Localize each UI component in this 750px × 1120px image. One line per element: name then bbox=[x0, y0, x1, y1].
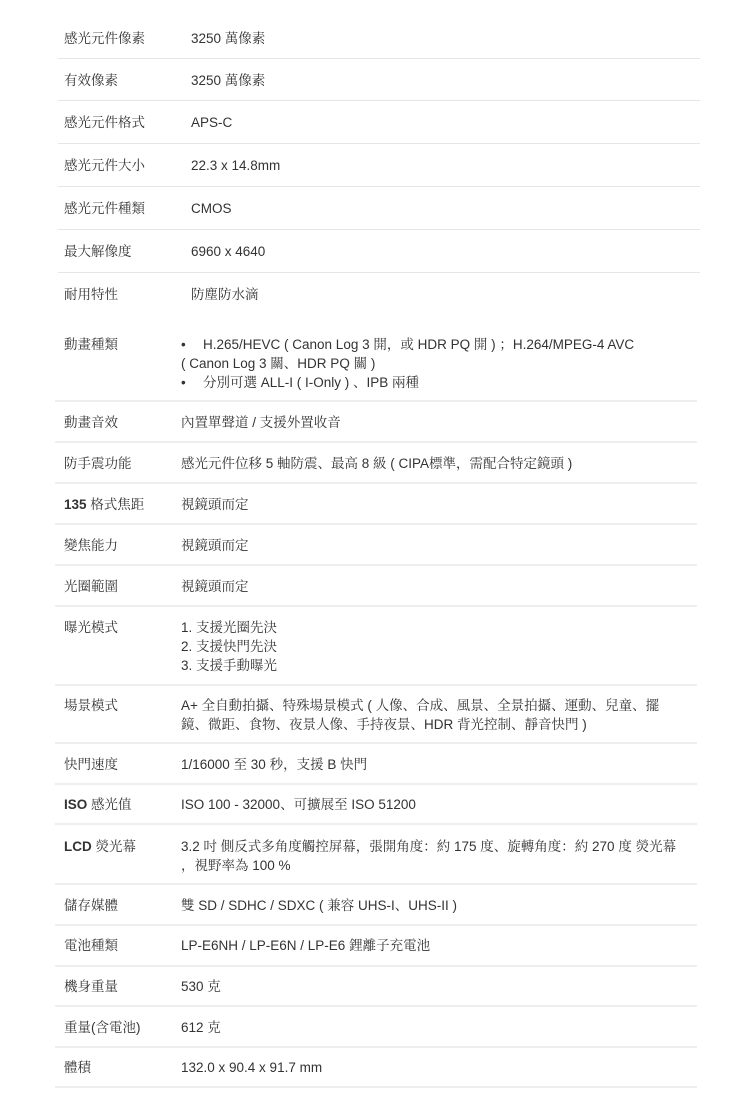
divider bbox=[55, 564, 697, 566]
bullet-text: 分別可選 ALL-I ( I-Only ) 、IPB 兩種 bbox=[203, 375, 419, 390]
bullet-text: H.265/HEVC ( Canon Log 3 開，或 HDR PQ 開 ) … bbox=[203, 337, 634, 352]
bullet-item-continuation: ( Canon Log 3 關、HDR PQ 關 ) bbox=[181, 354, 634, 373]
spec-label-bold: 135 bbox=[64, 497, 87, 512]
spec-value: 內置單聲道 / 支援外置收音 bbox=[181, 413, 341, 432]
spec-value: 22.3 x 14.8mm bbox=[191, 156, 280, 175]
spec-value: 530 克 bbox=[181, 977, 221, 996]
divider bbox=[55, 783, 697, 785]
spec-label-rest: 熒光幕 bbox=[92, 839, 136, 854]
bullet-item: •分別可選 ALL-I ( I-Only ) 、IPB 兩種 bbox=[181, 373, 634, 392]
bullet-item: •H.265/HEVC ( Canon Log 3 開，或 HDR PQ 開 )… bbox=[181, 335, 634, 354]
spec-label-rest: 格式焦距 bbox=[87, 497, 145, 512]
divider bbox=[55, 965, 697, 967]
divider bbox=[55, 883, 697, 885]
spec-label-bold: ISO bbox=[64, 797, 87, 812]
spec-label: 體積 bbox=[64, 1058, 91, 1077]
spec-value: 視鏡頭而定 bbox=[181, 577, 249, 596]
list-item: 1. 支援光圈先決 bbox=[181, 618, 277, 637]
spec-label: 感光元件像素 bbox=[64, 29, 145, 48]
numbered-list: 1. 支援光圈先決 2. 支援快門先決 3. 支援手動曝光 bbox=[181, 618, 277, 675]
spec-label: 快門速度 bbox=[64, 755, 118, 774]
bullet-icon: • bbox=[181, 373, 203, 392]
divider bbox=[58, 272, 700, 273]
spec-value: •H.265/HEVC ( Canon Log 3 開，或 HDR PQ 開 )… bbox=[181, 335, 634, 392]
spec-value: 雙 SD / SDHC / SDXC ( 兼容 UHS-I、UHS-II ) bbox=[181, 896, 457, 915]
divider bbox=[55, 1086, 697, 1088]
spec-value: 3.2 吋 側反式多角度觸控屏幕，張開角度：約 175 度、旋轉角度：約 270… bbox=[181, 837, 676, 875]
spec-label: 感光元件大小 bbox=[64, 156, 145, 175]
divider bbox=[55, 1005, 697, 1007]
divider bbox=[55, 523, 697, 525]
spec-value: 6960 x 4640 bbox=[191, 242, 265, 261]
divider bbox=[55, 400, 697, 402]
spec-label: 變焦能力 bbox=[64, 536, 118, 555]
spec-label: 動畫種類 bbox=[64, 335, 118, 354]
value-line: A+ 全自動拍攝、特殊場景模式 ( 人像、合成、風景、全景拍攝、運動、兒童、擺 bbox=[181, 696, 659, 715]
spec-label: 曝光模式 bbox=[64, 618, 118, 637]
spec-value: CMOS bbox=[191, 199, 232, 218]
bullet-icon: • bbox=[181, 335, 203, 354]
spec-value: 3250 萬像素 bbox=[191, 71, 265, 90]
spec-label: 最大解像度 bbox=[64, 242, 132, 261]
spec-label: 感光元件格式 bbox=[64, 113, 145, 132]
divider bbox=[55, 1046, 697, 1048]
list-item: 2. 支援快門先決 bbox=[181, 637, 277, 656]
spec-label: 重量(含電池) bbox=[64, 1018, 141, 1037]
spec-value: 1. 支援光圈先決 2. 支援快門先決 3. 支援手動曝光 bbox=[181, 618, 277, 675]
spec-value: 3250 萬像素 bbox=[191, 29, 265, 48]
value-line: 鏡、微距、食物、夜景人像、手持夜景、HDR 背光控制、靜音快門 ) bbox=[181, 715, 659, 734]
divider bbox=[55, 482, 697, 484]
spec-label: 防手震功能 bbox=[64, 454, 132, 473]
spec-label: 135 格式焦距 bbox=[64, 495, 144, 514]
divider bbox=[55, 684, 697, 686]
spec-value: A+ 全自動拍攝、特殊場景模式 ( 人像、合成、風景、全景拍攝、運動、兒童、擺 … bbox=[181, 696, 659, 734]
divider bbox=[55, 823, 697, 825]
spec-value: LP-E6NH / LP-E6N / LP-E6 鋰離子充電池 bbox=[181, 936, 430, 955]
spec-label: 動畫音效 bbox=[64, 413, 118, 432]
spec-value: ISO 100 - 32000、可擴展至 ISO 51200 bbox=[181, 795, 416, 814]
bullet-list: •H.265/HEVC ( Canon Log 3 開，或 HDR PQ 開 )… bbox=[181, 335, 634, 392]
divider bbox=[58, 58, 700, 59]
divider bbox=[58, 229, 700, 230]
value-line: 3.2 吋 側反式多角度觸控屏幕，張開角度：約 175 度、旋轉角度：約 270… bbox=[181, 837, 676, 856]
divider bbox=[55, 605, 697, 607]
spec-label: LCD 熒光幕 bbox=[64, 837, 136, 856]
spec-value: 感光元件位移 5 軸防震、最高 8 級 ( CIPA標準，需配合特定鏡頭 ) bbox=[181, 454, 572, 473]
spec-value: APS-C bbox=[191, 113, 232, 132]
spec-value: 防塵防水滴 bbox=[191, 285, 259, 304]
divider bbox=[55, 924, 697, 926]
spec-value: 視鏡頭而定 bbox=[181, 495, 249, 514]
spec-label-bold: LCD bbox=[64, 839, 92, 854]
spec-label: 機身重量 bbox=[64, 977, 118, 996]
divider bbox=[55, 441, 697, 443]
spec-value: 視鏡頭而定 bbox=[181, 536, 249, 555]
spec-label: 場景模式 bbox=[64, 696, 118, 715]
spec-label: 耐用特性 bbox=[64, 285, 118, 304]
divider bbox=[58, 186, 700, 187]
spec-label: ISO 感光值 bbox=[64, 795, 132, 814]
spec-value: 1/16000 至 30 秒，支援 B 快門 bbox=[181, 755, 367, 774]
divider bbox=[58, 100, 700, 101]
spec-label: 光圈範圍 bbox=[64, 577, 118, 596]
spec-label: 感光元件種類 bbox=[64, 199, 145, 218]
divider bbox=[58, 143, 700, 144]
spec-label: 儲存媒體 bbox=[64, 896, 118, 915]
spec-value: 612 克 bbox=[181, 1018, 221, 1037]
list-item: 3. 支援手動曝光 bbox=[181, 656, 277, 675]
spec-label: 電池種類 bbox=[64, 936, 118, 955]
spec-label: 有效像素 bbox=[64, 71, 118, 90]
bullet-text: ( Canon Log 3 關、HDR PQ 關 ) bbox=[181, 356, 375, 371]
spec-label-rest: 感光值 bbox=[87, 797, 131, 812]
spec-value: 132.0 x 90.4 x 91.7 mm bbox=[181, 1058, 322, 1077]
value-line: ，視野率為 100 % bbox=[181, 856, 676, 875]
divider bbox=[55, 742, 697, 744]
